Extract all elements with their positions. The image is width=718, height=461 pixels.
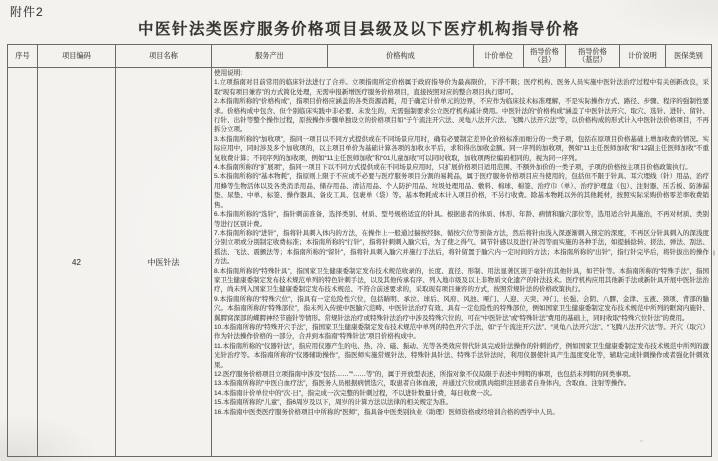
- scan-speck: [713, 250, 715, 256]
- col-header-project-code: 项目编码: [38, 45, 116, 68]
- usage-notes-cell: 使用说明: 1.立项指南对目前常用的临床针法进行了合并。立项指南所定价格属于政府…: [212, 68, 712, 457]
- col-header-price-composition: 价格构成: [328, 45, 474, 68]
- usage-note-item-3: 3.本指南所称的“加收项”，指同一项目以不同方式提供或在不同场景应用时，确有必要…: [214, 135, 709, 163]
- col-header-guide-price-county: 指导价格 （县）: [524, 45, 566, 68]
- data-row: 42 中医针法 使用说明: 1.立项指南对目前常用的临床针法进行了合并。立项指南…: [8, 68, 712, 457]
- usage-note-item-1: 1.立项指南对目前常用的临床针法进行了合并。立项指南所定价格属于政府指导价为最高…: [214, 78, 709, 97]
- usage-note-item-14: 14.本指南计价单位中的“次·日”，指完成一次完整的针刺过程，不以进针数量计费，…: [214, 389, 709, 398]
- usage-note-item-7: 7.本指南所称的“进针”，指将针具刺入体内的方法，在操作上一般通过揣按经脉、循按…: [214, 229, 709, 267]
- usage-note-item-9: 9.本指南所称的“特殊穴位”，指具有一定危险性穴位，包括睛明、承泣、球后、风府、…: [214, 295, 709, 323]
- col-header-pricing-note: 计价说明: [620, 45, 666, 68]
- price-guide-table: 序号 项目编码 项目名称 服务产出 价格构成 计价单位 指导价格 （县） 指导价…: [7, 44, 712, 457]
- usage-notes-title: 使用说明:: [214, 69, 709, 78]
- usage-note-item-12: 12.医疗服务价格项目立项指南中涉及“包括……”“……等”的，属于开放型表述，所…: [214, 370, 709, 379]
- col-header-service-output: 服务产出: [212, 45, 328, 68]
- header-row: 序号 项目编码 项目名称 服务产出 价格构成 计价单位 指导价格 （县） 指导价…: [8, 45, 712, 68]
- col-header-pricing-unit: 计价单位: [474, 45, 524, 68]
- usage-note-item-4: 4.本指南所称的“扩展项”，指同一项目下以不同方式提供或在不同场景应用时，只扩展…: [214, 163, 709, 172]
- usage-note-item-2: 2.本指南所称的“价格构成”，指项目价格应涵盖的各类资源消耗，用于确定计价单元的…: [214, 97, 709, 135]
- col-header-project-name: 项目名称: [116, 45, 212, 68]
- page-title: 中医针法类医疗服务价格项目县级及以下医疗机构指导价格: [0, 17, 718, 39]
- project-name-cell: 中医针法: [116, 68, 212, 457]
- usage-note-item-8: 8.本指南所称的“特殊针具”，指国家卫生健康委制定发布技术规范收录的，长度、直径…: [214, 267, 709, 295]
- col-header-insurance-category: 医保类别: [666, 45, 712, 68]
- usage-note-item-13: 13.本指南所称的“中医自血疗法”，指医务人员根据病情选穴，取患者自体血液，并通…: [214, 379, 709, 388]
- usage-note-item-11: 11.本指南所称的“仪器针法”，指应用仪器产生的电、热、冷、磁、振动、光等各类效…: [214, 342, 709, 370]
- project-code-cell: 42: [38, 68, 116, 457]
- usage-note-item-6: 6.本指南所称的“选针”，指针刺前准备，选择类别、材质、型号规格适宜的针具。根据…: [214, 210, 709, 229]
- col-header-seq: 序号: [8, 45, 38, 68]
- usage-note-item-10: 10.本指南所称的“特殊开穴手法”，指国家卫生健康委制定发布技术规范中单列的特色…: [214, 323, 709, 342]
- usage-note-item-5: 5.本指南所称的“基本物耗”，指原则上限于不应或不必要与医疗服务项目分割的易耗品…: [214, 172, 709, 210]
- scan-speck: [640, 440, 643, 442]
- usage-note-item-15: 15.本指南所称的“儿童”，指6周岁及以下，周岁的计算方法以法律的相关规定为准。: [214, 398, 709, 407]
- seq-cell: [8, 68, 38, 457]
- usage-note-item-16: 16.本指南中医类医疗服务价格项目中所称的“医师”，指具备中医类别执业（助理）医…: [214, 408, 709, 417]
- col-header-guide-price-grassroots: 指导价格 （基层）: [566, 45, 620, 68]
